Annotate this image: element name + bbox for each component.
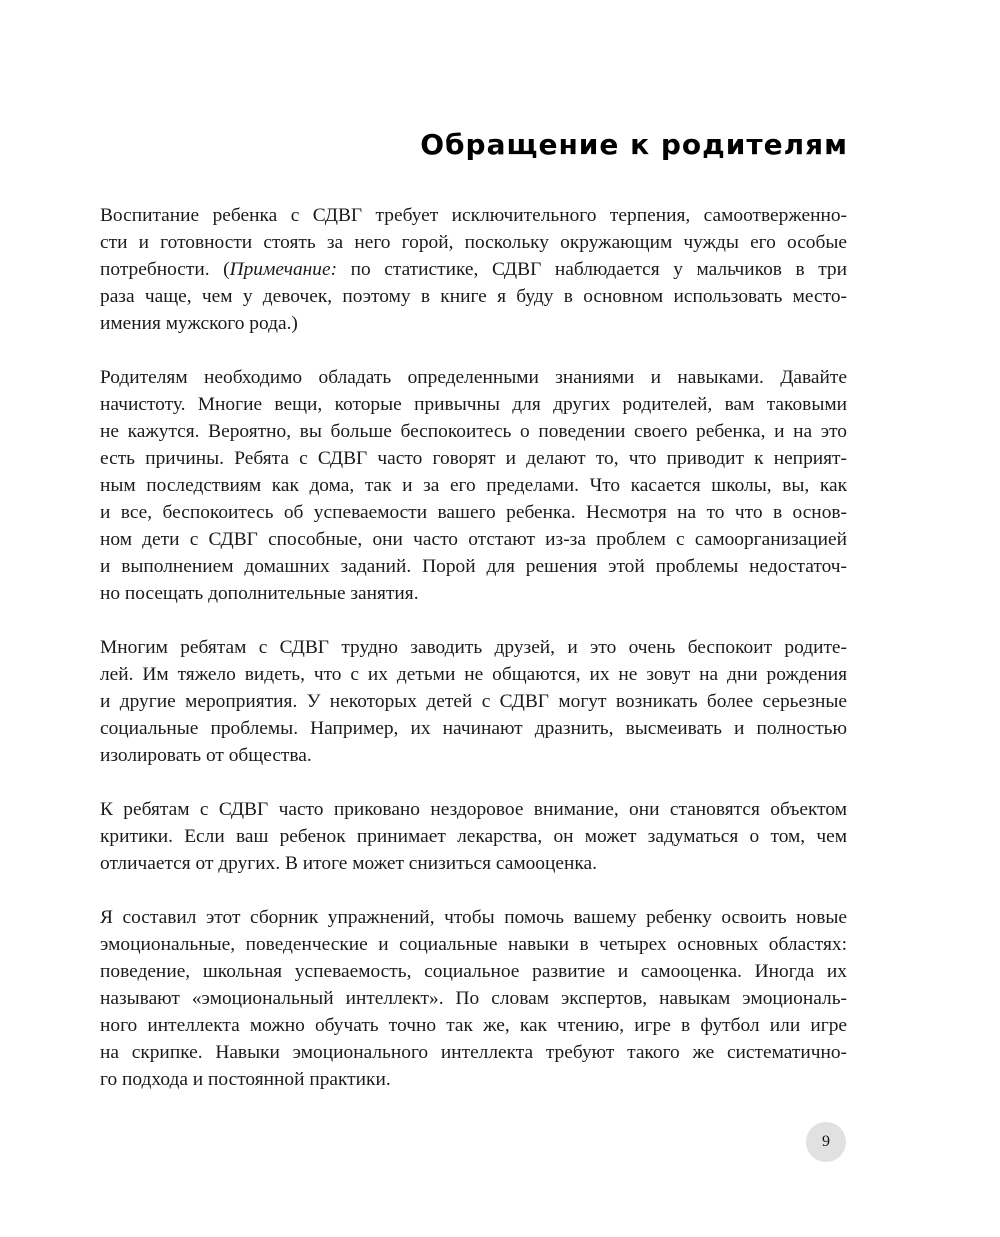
- text-line: изолировать от общества.: [100, 742, 847, 769]
- text-line: на скрипке. Навыки эмоционального интелл…: [100, 1039, 847, 1066]
- text-line: и другие мероприятия. У некоторых детей …: [100, 688, 847, 715]
- text-line: не кажутся. Вероятно, вы больше беспокои…: [100, 418, 847, 445]
- text-line: называют «эмоциональный интеллект». По с…: [100, 985, 847, 1012]
- text-line: раза чаще, чем у девочек, поэтому в книг…: [100, 283, 847, 310]
- text-line: критики. Если ваш ребенок принимает лека…: [100, 823, 847, 850]
- paragraph-3: Многим ребятам с СДВГ трудно заводить др…: [100, 634, 847, 769]
- paragraph-1: Воспитание ребенка с СДВГ требует исключ…: [100, 202, 847, 337]
- text-line: ном дети с СДВГ способные, они часто отс…: [100, 526, 847, 553]
- text-line: ным последствиям как дома, так и за его …: [100, 472, 847, 499]
- text-line: го подхода и постоянной практики.: [100, 1066, 847, 1093]
- text-line: начистоту. Многие вещи, которые привычны…: [100, 391, 847, 418]
- body-text: Воспитание ребенка с СДВГ требует исключ…: [100, 202, 847, 1120]
- paragraph-4: К ребятам с СДВГ часто приковано нездоро…: [100, 796, 847, 877]
- text-line: и выполнением домашних заданий. Порой дл…: [100, 553, 847, 580]
- note-label: Примечание:: [230, 259, 337, 280]
- text-line: отличается от других. В итоге может сниз…: [100, 850, 847, 877]
- text-line: Многим ребятам с СДВГ трудно заводить др…: [100, 634, 847, 661]
- text-line: и все, беспокоитесь об успеваемости ваше…: [100, 499, 847, 526]
- text-line: Воспитание ребенка с СДВГ требует исключ…: [100, 202, 847, 229]
- text-line-with-note: потребности. (Примечание: по статистике,…: [100, 256, 847, 283]
- text-line: ного интеллекта можно обучать точно так …: [100, 1012, 847, 1039]
- text-line: сти и готовности стоять за него горой, п…: [100, 229, 847, 256]
- text-fragment: по статистике, СДВГ наблюдается у мальчи…: [337, 259, 847, 280]
- text-line: имения мужского рода.): [100, 310, 847, 337]
- page-title: Обращение к родителям: [420, 128, 848, 161]
- page-number-badge: 9: [806, 1122, 846, 1162]
- text-line: эмоциональные, поведенческие и социальны…: [100, 931, 847, 958]
- paragraph-5: Я составил этот сборник упражнений, чтоб…: [100, 904, 847, 1093]
- text-line: лей. Им тяжело видеть, что с их детьми н…: [100, 661, 847, 688]
- text-line: но посещать дополнительные занятия.: [100, 580, 847, 607]
- text-line: социальные проблемы. Например, их начина…: [100, 715, 847, 742]
- text-fragment: потребности. (: [100, 259, 230, 280]
- paragraph-2: Родителям необходимо обладать определенн…: [100, 364, 847, 607]
- text-line: К ребятам с СДВГ часто приковано нездоро…: [100, 796, 847, 823]
- text-line: Родителям необходимо обладать определенн…: [100, 364, 847, 391]
- text-line: поведение, школьная успеваемость, социал…: [100, 958, 847, 985]
- text-line: Я составил этот сборник упражнений, чтоб…: [100, 904, 847, 931]
- page-number: 9: [822, 1133, 830, 1151]
- text-line: есть причины. Ребята с СДВГ часто говоря…: [100, 445, 847, 472]
